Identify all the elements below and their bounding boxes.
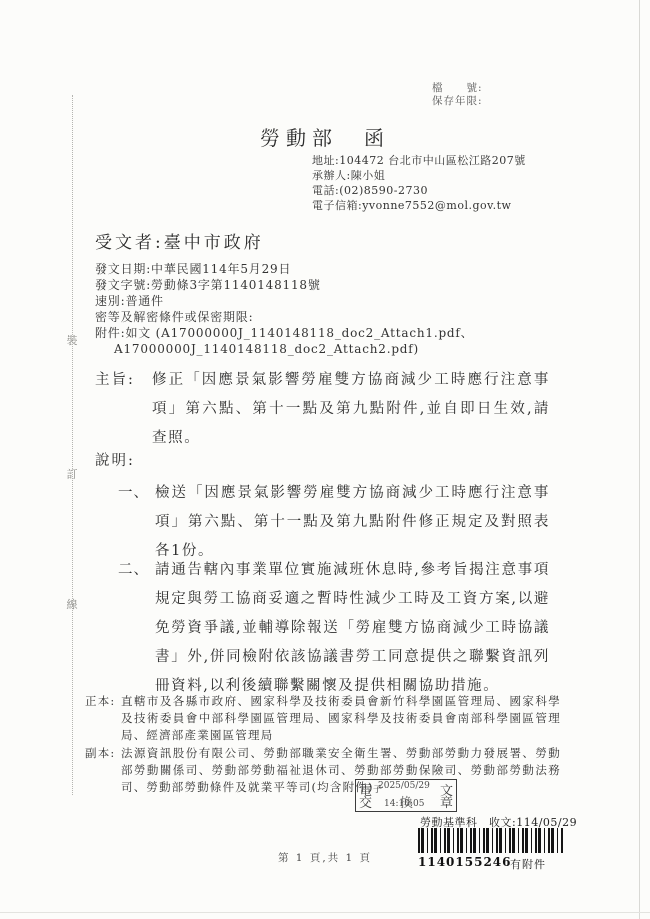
explanation-item-2: 二、 請通告轄內事業單位實施減班休息時,參考旨揭注意事項規定與勞工協商妥適之暫時…: [118, 556, 558, 701]
explanation-label: 說明:: [95, 449, 135, 470]
binding-char-ding: 訂: [64, 466, 80, 482]
copy-recipients: 法源資訊股份有限公司、勞動部職業安全衛生署、勞動部勞動力發展署、勞動部勞動關係司…: [121, 745, 561, 796]
speed-class: 速別:普通件: [95, 293, 473, 309]
retention-label: 保存年限:: [432, 95, 483, 108]
binding-char-xian: 線: [64, 596, 80, 612]
doc-number: 發文字號:勞動條3字第1140148118號: [95, 277, 473, 293]
subject-label: 主旨:: [95, 366, 152, 453]
stamp-char: 章: [440, 792, 453, 811]
file-number-block: 檔 號: 保存年限:: [432, 82, 483, 108]
contact-block: 地址:104472 台北市中山區松江路207號 承辦人:陳小姐 電話:(02)8…: [312, 153, 526, 213]
contact-person: 承辦人:陳小姐: [312, 168, 526, 183]
document-meta-block: 發文日期:中華民國114年5月29日 發文字號:勞動條3字第1140148118…: [95, 261, 473, 357]
binding-char-zhuang: 裝: [64, 332, 80, 348]
binding-dotted-line: [72, 95, 73, 795]
copy-label: 副本:: [85, 745, 121, 796]
page-number-footer: 第 1 頁,共 1 頁: [0, 850, 650, 865]
scan-edge-line-bottom: [0, 912, 650, 913]
stamp-date: 2025/05/29: [378, 781, 430, 791]
scanned-official-letter: 裝 訂 線 檔 號: 保存年限: 勞動部 函 地址:104472 台北市中山區松…: [0, 0, 650, 919]
recipient-line: 受文者:臺中市政府: [95, 228, 264, 253]
subject-section: 主旨: 修正「因應景氣影響勞雇雙方協商減少工時應行注意事項」第六點、第十一點及第…: [95, 366, 555, 453]
contact-phone: 電話:(02)8590-2730: [312, 183, 526, 198]
explanation-item-1: 一、 檢送「因應景氣影響勞雇雙方協商減少工時應行注意事項」第六點、第十一點及第九…: [118, 479, 558, 566]
item-text: 請通告轄內事業單位實施減班休息時,參考旨揭注意事項規定與勞工協商妥適之暫時性減少…: [155, 556, 550, 701]
original-recipients: 直轄市及各縣市政府、國家科學及技術委員會新竹科學園區管理局、國家科學及技術委員會…: [121, 693, 561, 744]
distribution-original: 正本: 直轄市及各縣市政府、國家科學及技術委員會新竹科學園區管理局、國家科學及技…: [85, 693, 565, 744]
contact-address: 地址:104472 台北市中山區松江路207號: [312, 153, 526, 168]
issue-date: 發文日期:中華民國114年5月29日: [95, 261, 473, 277]
item-marker: 一、: [118, 479, 155, 566]
contact-email: 電子信箱:yvonne7552@mol.gov.tw: [312, 198, 526, 213]
item-marker: 二、: [118, 556, 155, 701]
item-text: 檢送「因應景氣影響勞雇雙方協商減少工時應行注意事項」第六點、第十一點及第九點附件…: [155, 479, 550, 566]
security-class: 密等及解密條件或保密期限:: [95, 309, 473, 325]
original-label: 正本:: [85, 693, 121, 744]
document-title: 勞動部 函: [0, 122, 650, 151]
attachment-line2: A17000000J_1140148118_doc2_Attach2.pdf): [95, 341, 473, 357]
distribution-copy: 副本: 法源資訊股份有限公司、勞動部職業安全衛生署、勞動部勞動力發展署、勞動部勞…: [85, 745, 565, 796]
subject-text: 修正「因應景氣影響勞雇雙方協商減少工時應行注意事項」第六點、第十一點及第九點附件…: [152, 366, 550, 453]
attachment-line1: 附件:如文 (A17000000J_1140148118_doc2_Attach…: [95, 325, 473, 341]
stamp-time: 14:10:05: [384, 799, 424, 809]
file-no-label: 檔 號:: [432, 82, 483, 95]
stamp-char: 交: [359, 792, 372, 811]
electronic-exchange-stamp: 電 子 文 交 換 章 2025/05/29 14:10:05: [355, 779, 457, 812]
